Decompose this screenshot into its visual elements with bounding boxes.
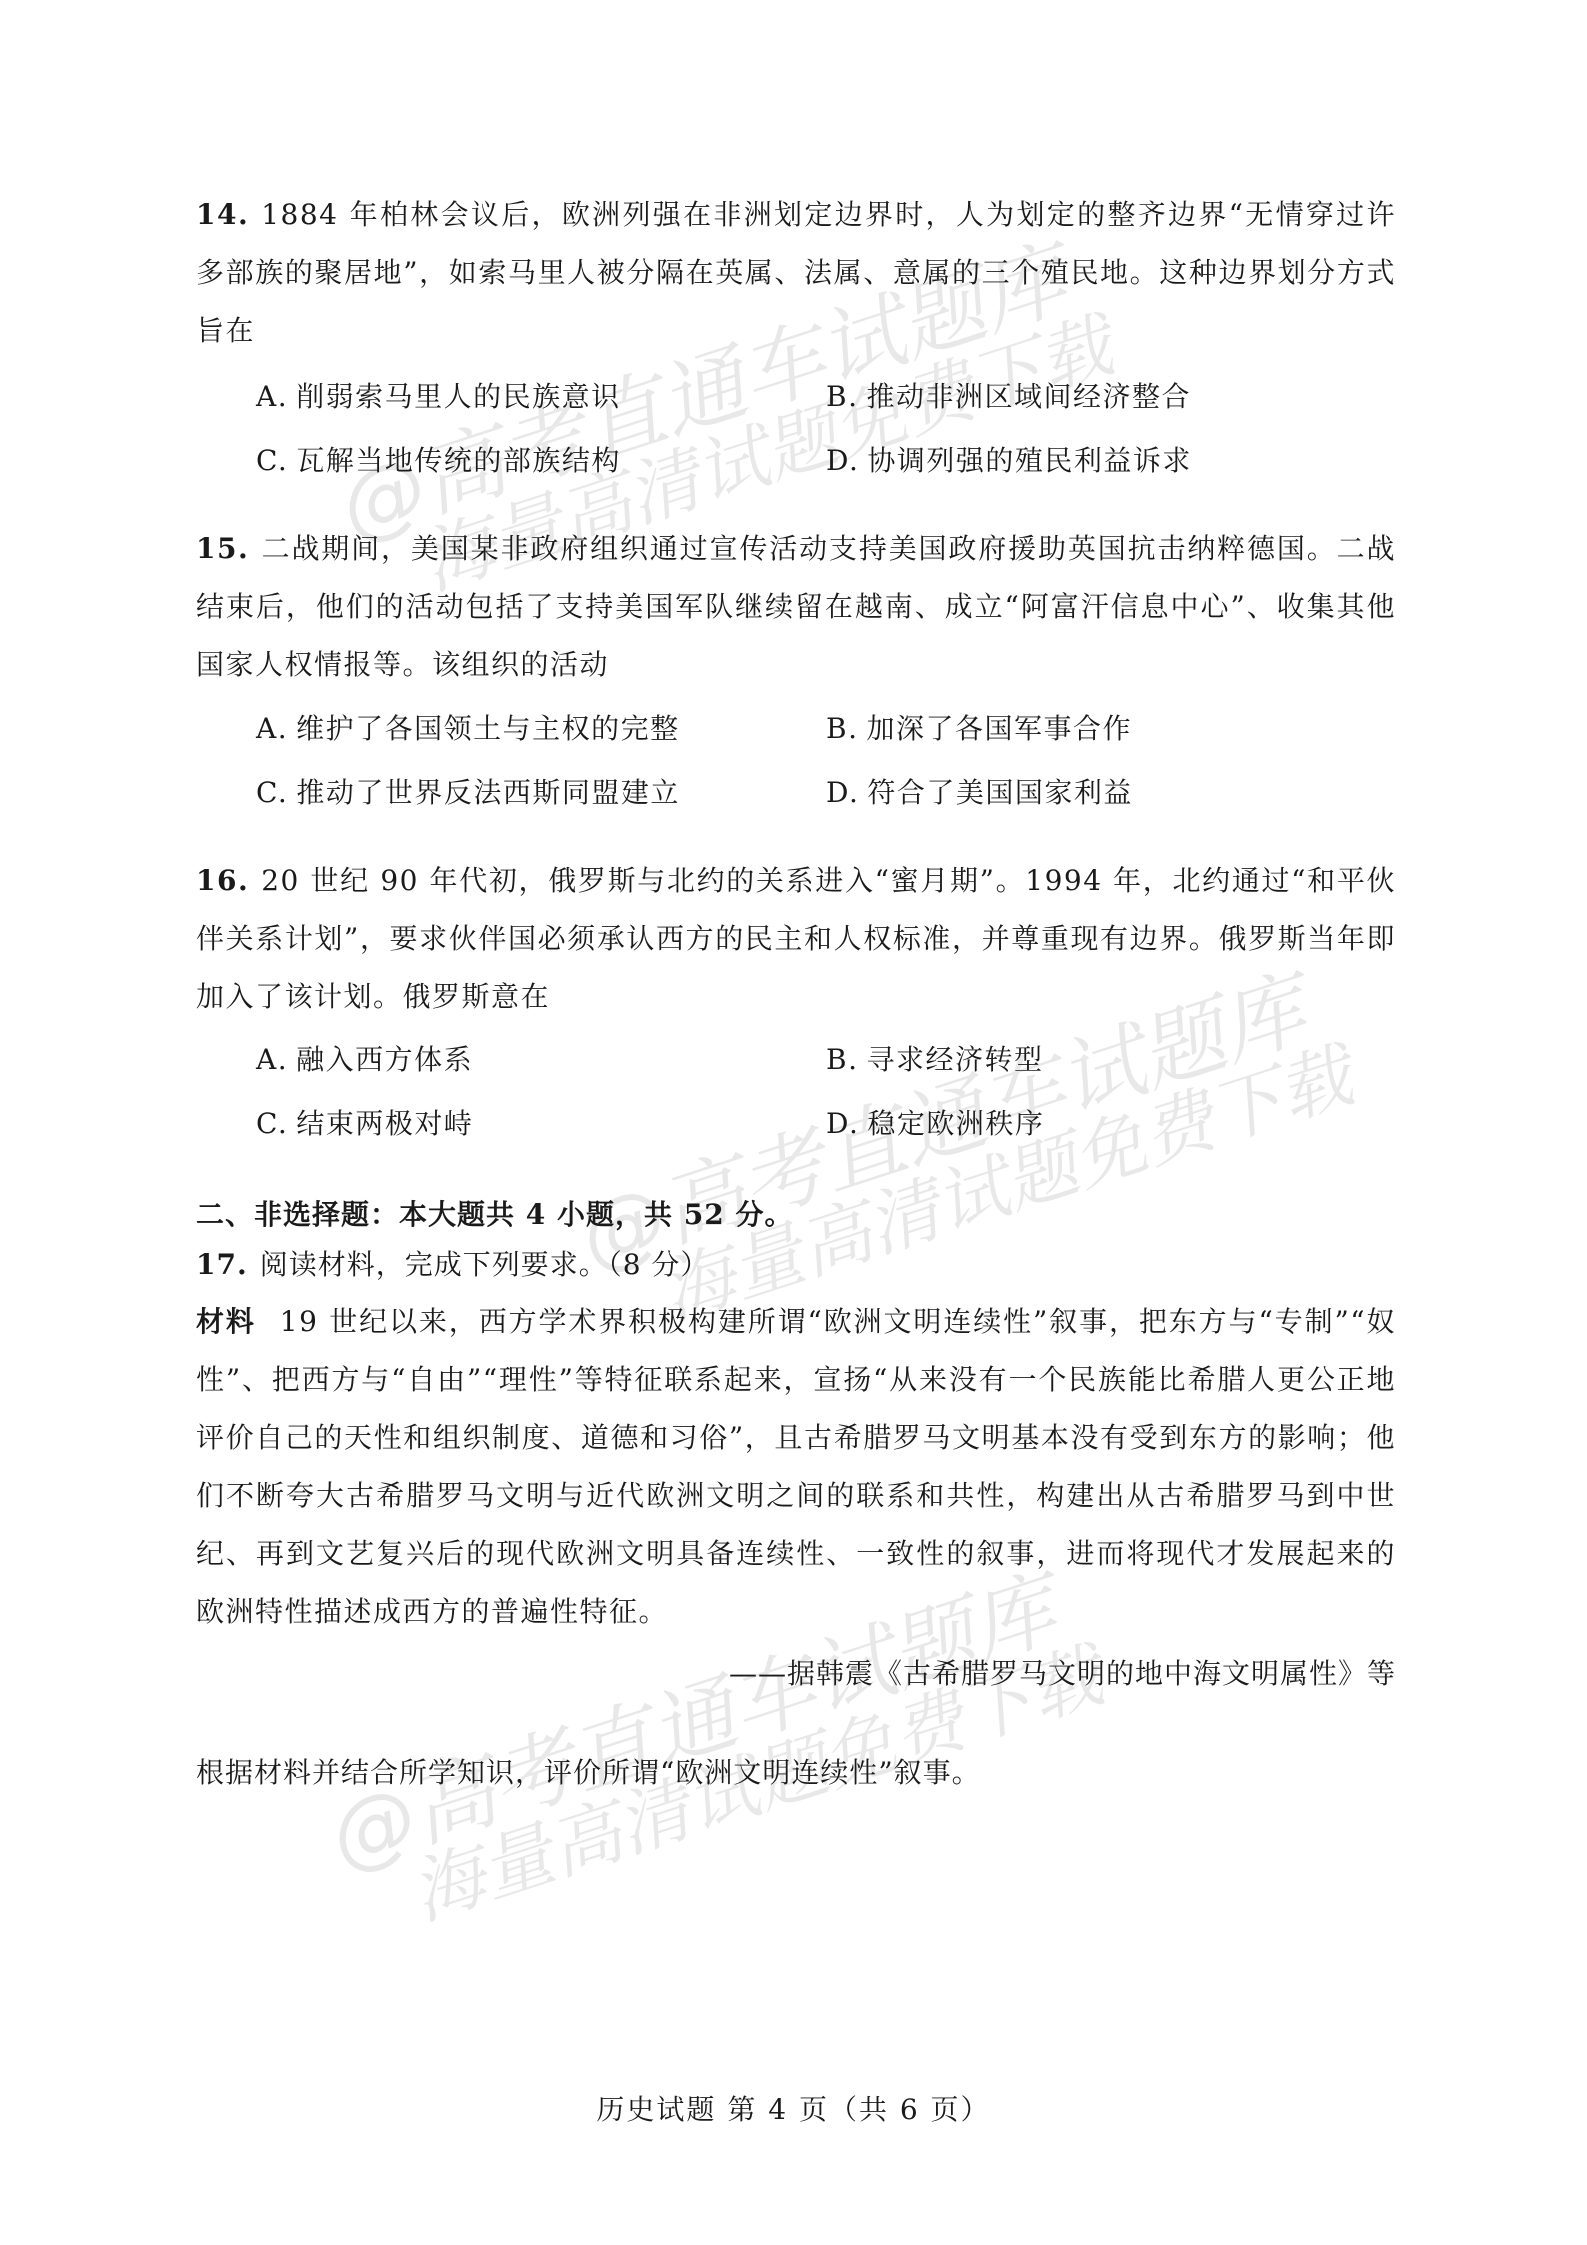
question-stem: 20 世纪 90 年代初，俄罗斯与北约的关系进入“蜜月期”。1994 年，北约通… [196,864,1396,1013]
question-15: 15.二战期间，美国某非政府组织通过宣传活动支持美国政府援助英国抗击纳粹德国。二… [196,520,1396,694]
option-c[interactable]: C.瓦解当地传统的部族结构 [256,439,826,479]
question-number: 14. [196,198,249,231]
option-a[interactable]: A.削弱索马里人的民族意识 [256,375,826,415]
option-d[interactable]: D.协调列强的殖民利益诉求 [826,439,1396,479]
question-16-options: A.融入西方体系 B.寻求经济转型 C.结束两极对峙 D.稳定欧洲秩序 [256,1026,1396,1154]
question-17-instruction: 17.阅读材料，完成下列要求。（8 分） [196,1240,1396,1290]
option-d[interactable]: D.符合了美国国家利益 [826,771,1396,811]
question-17-task: 根据材料并结合所学知识，评价所谓“欧洲文明连续性”叙事。 [196,1748,1396,1798]
option-b[interactable]: B.加深了各国军事合作 [826,707,1396,747]
question-16: 16.20 世纪 90 年代初，俄罗斯与北约的关系进入“蜜月期”。1994 年，… [196,852,1396,1026]
option-b[interactable]: B.推动非洲区域间经济整合 [826,375,1396,415]
option-a[interactable]: A.维护了各国领土与主权的完整 [256,707,826,747]
option-a[interactable]: A.融入西方体系 [256,1038,826,1078]
question-number: 16. [196,864,249,897]
question-17-material: 材料19 世纪以来，西方学术界积极构建所谓“欧洲文明连续性”叙事，把东方与“专制… [196,1293,1396,1641]
material-text: 19 世纪以来，西方学术界积极构建所谓“欧洲文明连续性”叙事，把东方与“专制”“… [196,1305,1396,1628]
question-stem: 1884 年柏林会议后，欧洲列强在非洲划定边界时，人为划定的整齐边界“无情穿过许… [196,198,1396,347]
section-heading: 二、非选择题：本大题共 4 小题，共 52 分。 [196,1190,1396,1240]
question-stem: 二战期间，美国某非政府组织通过宣传活动支持美国政府援助英国抗击纳粹德国。二战结束… [196,532,1396,681]
option-c[interactable]: C.推动了世界反法西斯同盟建立 [256,771,826,811]
option-c[interactable]: C.结束两极对峙 [256,1102,826,1142]
question-14: 14.1884 年柏林会议后，欧洲列强在非洲划定边界时，人为划定的整齐边界“无情… [196,186,1396,360]
section-2: 二、非选择题：本大题共 4 小题，共 52 分。 17.阅读材料，完成下列要求。… [196,1190,1396,1290]
material-source: ——据韩震《古希腊罗马文明的地中海文明属性》等 [729,1652,1396,1692]
material-label: 材料 [196,1305,256,1338]
option-b[interactable]: B.寻求经济转型 [826,1038,1396,1078]
option-d[interactable]: D.稳定欧洲秩序 [826,1102,1396,1142]
exam-page: @高考直通车试题库 海量高清试题免费下载 @高考直通车试题库 海量高清试题免费下… [0,0,1587,2245]
question-number: 15. [196,532,249,565]
page-footer: 历史试题 第 4 页（共 6 页） [0,2088,1587,2128]
question-15-options: A.维护了各国领土与主权的完整 B.加深了各国军事合作 C.推动了世界反法西斯同… [256,695,1396,823]
question-14-options: A.削弱索马里人的民族意识 B.推动非洲区域间经济整合 C.瓦解当地传统的部族结… [256,363,1396,491]
